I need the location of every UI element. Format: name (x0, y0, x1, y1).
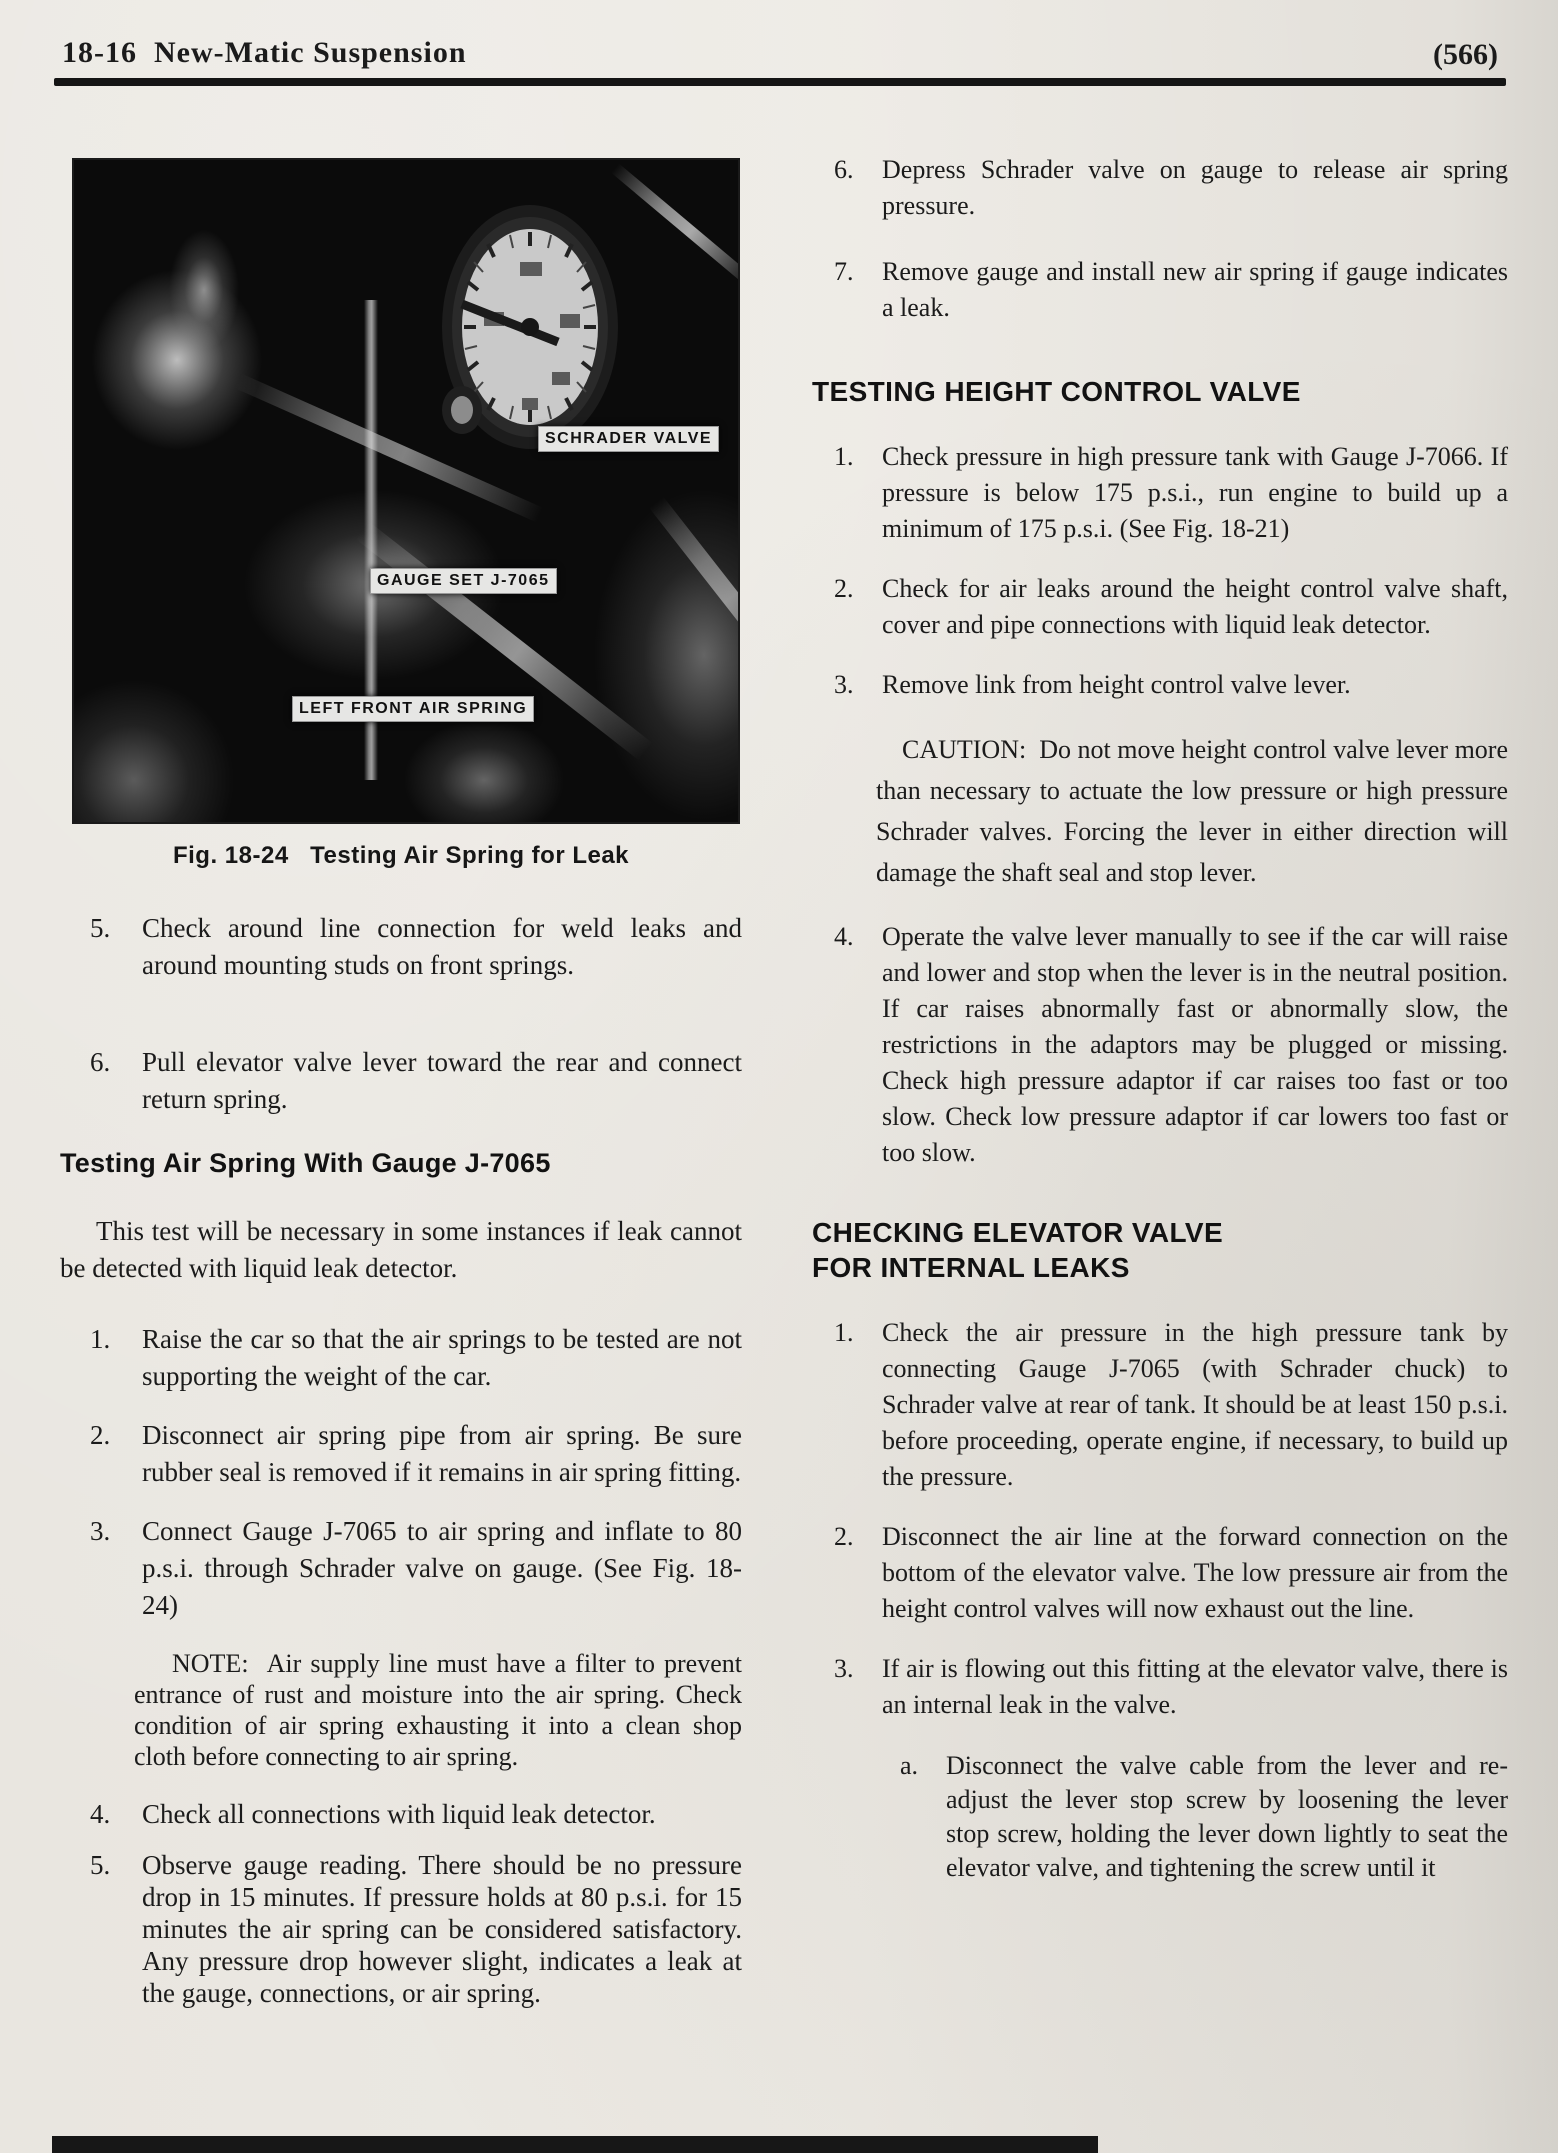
list-item: 6. Pull elevator valve lever toward the … (60, 1044, 742, 1118)
left-column: SCHRADER VALVE GAUGE SET J-7065 LEFT FRO… (60, 160, 742, 2009)
list-item: 1. Check pressure in high pressure tank … (812, 439, 1508, 547)
item-number: 4. (90, 1796, 142, 1833)
caution-paragraph: CAUTION: Do not move height control valv… (876, 729, 1508, 893)
pressure-gauge-icon (440, 202, 620, 452)
item-text: Pull elevator valve lever toward the rea… (142, 1044, 742, 1118)
item-number: 1. (90, 1321, 142, 1358)
item-text: Raise the car so that the air springs to… (142, 1321, 742, 1395)
page-header-section-title: 18-16 New-Matic Suspension (62, 36, 467, 70)
list-item: 3. Remove link from height control valve… (812, 667, 1508, 703)
photo-detail-coil (74, 680, 234, 822)
item-number: 6. (90, 1044, 142, 1081)
list-item: 5. Observe gauge reading. There should b… (60, 1849, 742, 2009)
item-text: Observe gauge reading. There should be n… (142, 1849, 742, 2009)
list-item: 1. Raise the car so that the air springs… (60, 1321, 742, 1395)
item-number: 3. (90, 1513, 142, 1550)
list-item: 4. Check all connections with liquid lea… (60, 1796, 742, 1833)
photo-detail-knob (169, 230, 239, 350)
item-number: 7. (834, 254, 882, 290)
item-text: Check around line connection for weld le… (142, 910, 742, 984)
section-heading-testing-height-control-valve: TESTING HEIGHT CONTROL VALVE (812, 374, 1508, 409)
section-heading-checking-elevator-valve: CHECKING ELEVATOR VALVE FOR INTERNAL LEA… (812, 1215, 1242, 1285)
item-number: 1. (834, 439, 882, 475)
item-number: 2. (834, 1519, 882, 1555)
list-item: 5. Check around line connection for weld… (60, 910, 742, 984)
list-item: 2. Disconnect the air line at the forwar… (812, 1519, 1508, 1627)
list-item: 1. Check the air pressure in the high pr… (812, 1315, 1508, 1495)
note-paragraph: NOTE: Air supply line must have a filter… (134, 1648, 742, 1772)
item-text: Disconnect the valve cable from the leve… (946, 1749, 1508, 1885)
list-item: 2. Disconnect air spring pipe from air s… (60, 1417, 742, 1491)
item-text: Disconnect the air line at the forward c… (882, 1519, 1508, 1627)
intro-paragraph: This test will be necessary in some inst… (60, 1213, 742, 1287)
photo-detail-rod-2 (611, 164, 738, 289)
item-number: 3. (834, 1651, 882, 1687)
item-text: Check pressure in high pressure tank wit… (882, 439, 1508, 547)
photo-label-gauge-set: GAUGE SET J-7065 (370, 568, 557, 594)
photo-detail-bracket (404, 720, 564, 822)
page-number: (566) (1433, 38, 1498, 72)
list-item: 3. If air is flowing out this fitting at… (812, 1651, 1508, 1723)
photo-detail-spring (594, 490, 738, 820)
list-item: 7. Remove gauge and install new air spri… (812, 254, 1508, 326)
item-number: 4. (834, 919, 882, 955)
item-number: 2. (90, 1417, 142, 1454)
manual-page: 18-16 New-Matic Suspension (566) (0, 0, 1558, 2153)
list-item: 3. Connect Gauge J-7065 to air spring an… (60, 1513, 742, 1624)
item-letter: a. (900, 1749, 946, 1783)
item-text: Check the air pressure in the high press… (882, 1315, 1508, 1495)
right-column: 6. Depress Schrader valve on gauge to re… (812, 152, 1508, 1885)
item-text: Depress Schrader valve on gauge to relea… (882, 152, 1508, 224)
figure-caption: Fig. 18-24 Testing Air Spring for Leak (60, 842, 742, 870)
item-text: Operate the valve lever manually to see … (882, 919, 1508, 1171)
sub-list-item: a. Disconnect the valve cable from the l… (812, 1749, 1508, 1885)
item-number: 1. (834, 1315, 882, 1351)
item-number: 2. (834, 571, 882, 607)
item-text: Connect Gauge J-7065 to air spring and i… (142, 1513, 742, 1624)
item-text: If air is flowing out this fitting at th… (882, 1651, 1508, 1723)
item-number: 5. (90, 1849, 142, 1881)
bottom-rule (52, 2136, 1098, 2153)
list-item: 2. Check for air leaks around the height… (812, 571, 1508, 643)
item-text: Remove link from height control valve le… (882, 667, 1508, 703)
item-text: Disconnect air spring pipe from air spri… (142, 1417, 742, 1491)
figure-photo: SCHRADER VALVE GAUGE SET J-7065 LEFT FRO… (74, 160, 738, 822)
list-item: 6. Depress Schrader valve on gauge to re… (812, 152, 1508, 224)
photo-label-air-spring: LEFT FRONT AIR SPRING (292, 696, 534, 722)
header-rule (54, 78, 1506, 86)
item-number: 5. (90, 910, 142, 947)
item-number: 6. (834, 152, 882, 188)
list-item: 4. Operate the valve lever manually to s… (812, 919, 1508, 1171)
section-heading-testing-air-spring: Testing Air Spring With Gauge J-7065 (60, 1148, 742, 1179)
item-text: Remove gauge and install new air spring … (882, 254, 1508, 326)
item-number: 3. (834, 667, 882, 703)
item-text: Check for air leaks around the height co… (882, 571, 1508, 643)
item-text: Check all connections with liquid leak d… (142, 1796, 742, 1833)
photo-label-schrader-valve: SCHRADER VALVE (538, 426, 719, 452)
